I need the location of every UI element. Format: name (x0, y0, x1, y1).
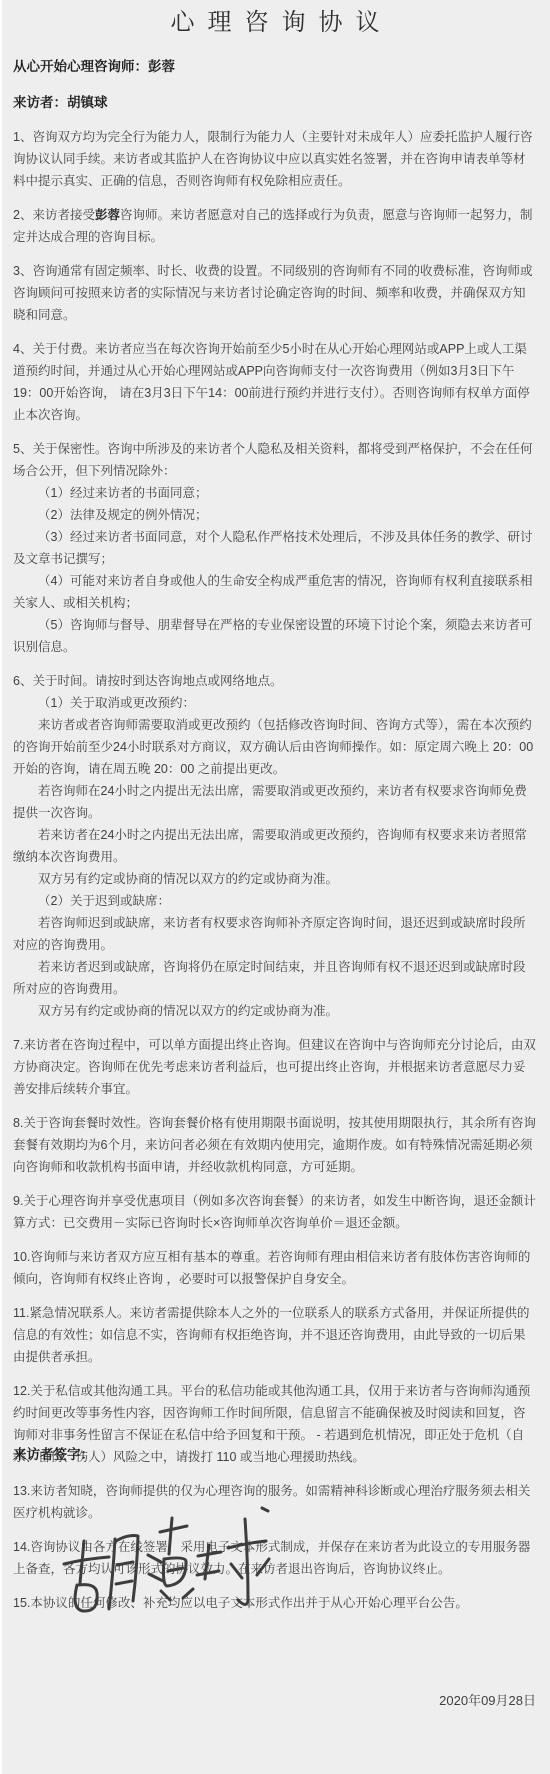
clause-text: 双方另有约定或协商的情况以双方的约定或协商为准。 (38, 872, 338, 886)
clause-text: 2、来访者接受 (13, 208, 95, 222)
clause-paragraph: 1、咨询双方均为完全行为能力人，限制行为能力人（主要针对未成年人）应委托监护人履… (13, 126, 537, 192)
clause-paragraph: 10.咨询师与来访者双方应互相有基本的尊重。若咨询师有理由相信来访者有肢体伤害咨… (13, 1246, 537, 1290)
clause-text: 若咨询师在24小时之内提出无法出席，需要取消或更改预约，来访者有权要求咨询师免费… (13, 784, 527, 820)
clause-text: （3）经过来访者书面同意，对个人隐私作严格技术处理后，不涉及具体任务的教学、研讨… (13, 530, 532, 566)
clause-paragraph: （2）法律及规定的例外情况； (13, 504, 537, 526)
clause-text: 5、关于保密性。咨询中所涉及的来访者个人隐私及相关资料，都将受到严格保护，不会在… (13, 442, 532, 478)
page-title: 心理咨询协议 (13, 0, 537, 38)
visitor-signature (52, 1497, 287, 1622)
clause-text: （4）可能对来访者自身或他人的生命安全构成严重危害的情况，咨询师有权利直接联系相… (13, 574, 532, 610)
clauses-list: 1、咨询双方均为完全行为能力人，限制行为能力人（主要针对未成年人）应委托监护人履… (13, 126, 537, 1614)
clause-text: 若咨询师迟到或缺席，来访者有权要求咨询师补齐原定咨询时间，退还迟到或缺席时段所对… (13, 916, 526, 952)
counselor-line: 从心开始心理咨询师：彭蓉 (13, 56, 537, 78)
clause-paragraph: 3、咨询通常有固定频率、时长、收费的设置。不同级别的咨询师有不同的收费标准，咨询… (13, 260, 537, 326)
clause-bold-text: 彭蓉 (95, 208, 120, 222)
clause-text: 双方另有约定或协商的情况以双方的约定或协商为准。 (38, 1004, 338, 1018)
clause-paragraph: （3）经过来访者书面同意，对个人隐私作严格技术处理后，不涉及具体任务的教学、研讨… (13, 526, 537, 570)
clause-text: 8.关于咨询套餐时效性。咨询套餐价格有使用期限书面说明，按其使用期限执行，其余所… (13, 1116, 536, 1174)
clause-paragraph: 6、关于时间。请按时到达咨询地点或网络地点。 (13, 670, 537, 692)
clause-paragraph: 若咨询师在24小时之内提出无法出席，需要取消或更改预约，来访者有权要求咨询师免费… (13, 780, 537, 824)
clause-text: （1）关于取消或更改预约： (38, 696, 195, 710)
clause-paragraph: （1）经过来访者的书面同意； (13, 482, 537, 504)
clause-text: 7.来访者在咨询过程中，可以单方面提出终止咨询。但建议在咨询中与咨询师充分讨论后… (13, 1038, 536, 1096)
agreement-date: 2020年09月28日 (439, 1690, 536, 1712)
clause-paragraph: 若来访者在24小时之内提出无法出席，需要取消或更改预约，咨询师有权要求来访者照常… (13, 824, 537, 868)
clause-paragraph: 来访者或者咨询师需要取消或更改预约（包括修改咨询时间、咨询方式等），需在本次预约… (13, 714, 537, 780)
clause-text: 1、咨询双方均为完全行为能力人，限制行为能力人（主要针对未成年人）应委托监护人履… (13, 130, 532, 188)
clause-text: 4、关于付费。来访者应当在每次咨询开始前至少5小时在从心开始心理网站或APP上或… (13, 342, 530, 422)
visitor-label: 来访者： (13, 95, 67, 110)
signature-label: 来访者签字： (13, 1444, 94, 1466)
clause-paragraph: （5）咨询师与督导、朋辈督导在严格的专业保密设置的环境下讨论个案，须隐去来访者可… (13, 614, 537, 658)
clause-text: （1）经过来访者的书面同意； (38, 486, 207, 500)
signature-ink-drawing (52, 1497, 287, 1622)
clause-paragraph: （4）可能对来访者自身或他人的生命安全构成严重危害的情况，咨询师有权利直接联系相… (13, 570, 537, 614)
clause-text: 10.咨询师与来访者双方应互相有基本的尊重。若咨询师有理由相信来访者有肢体伤害咨… (13, 1250, 530, 1286)
clause-paragraph: 7.来访者在咨询过程中，可以单方面提出终止咨询。但建议在咨询中与咨询师充分讨论后… (13, 1034, 537, 1100)
clause-text: （2）法律及规定的例外情况； (38, 508, 207, 522)
clause-paragraph: 8.关于咨询套餐时效性。咨询套餐价格有使用期限书面说明，按其使用期限执行，其余所… (13, 1112, 537, 1178)
clause-paragraph: 双方另有约定或协商的情况以双方的约定或协商为准。 (13, 1000, 537, 1022)
clause-paragraph: 9.关于心理咨询并享受优惠项目（例如多次咨询套餐）的来访者，如发生中断咨询，退还… (13, 1190, 537, 1234)
clause-paragraph: 若咨询师迟到或缺席，来访者有权要求咨询师补齐原定咨询时间，退还迟到或缺席时段所对… (13, 912, 537, 956)
clause-paragraph: 双方另有约定或协商的情况以双方的约定或协商为准。 (13, 868, 537, 890)
clause-paragraph: 11.紧急情况联系人。来访者需提供除本人之外的一位联系人的联系方式备用，并保证所… (13, 1302, 537, 1368)
clause-paragraph: （1）关于取消或更改预约： (13, 692, 537, 714)
counselor-name: 彭蓉 (148, 59, 175, 74)
agreement-document: 心理咨询协议 从心开始心理咨询师：彭蓉 来访者：胡镇球 1、咨询双方均为完全行为… (0, 0, 550, 1774)
clause-text: （5）咨询师与督导、朋辈督导在严格的专业保密设置的环境下讨论个案，须隐去来访者可… (13, 618, 532, 654)
clause-text: （2）关于迟到或缺席： (38, 894, 170, 908)
clause-paragraph: 若来访者迟到或缺席，咨询将仍在原定时间结束，并且咨询师有权不退还迟到或缺席时段所… (13, 956, 537, 1000)
visitor-line: 来访者：胡镇球 (13, 92, 537, 114)
clause-text: 来访者或者咨询师需要取消或更改预约（包括修改咨询时间、咨询方式等），需在本次预约… (13, 718, 533, 776)
clause-paragraph: 2、来访者接受彭蓉咨询师。来访者愿意对自己的选择或行为负责，愿意与咨询师一起努力… (13, 204, 537, 248)
clause-text: 11.紧急情况联系人。来访者需提供除本人之外的一位联系人的联系方式备用，并保证所… (13, 1306, 529, 1364)
clause-paragraph: 4、关于付费。来访者应当在每次咨询开始前至少5小时在从心开始心理网站或APP上或… (13, 338, 537, 426)
clause-text: 若来访者迟到或缺席，咨询将仍在原定时间结束，并且咨询师有权不退还迟到或缺席时段所… (13, 960, 526, 996)
counselor-label: 从心开始心理咨询师： (13, 59, 148, 74)
clause-paragraph: 5、关于保密性。咨询中所涉及的来访者个人隐私及相关资料，都将受到严格保护，不会在… (13, 438, 537, 482)
clause-text: 9.关于心理咨询并享受优惠项目（例如多次咨询套餐）的来访者，如发生中断咨询，退还… (13, 1194, 536, 1230)
clause-text: 3、咨询通常有固定频率、时长、收费的设置。不同级别的咨询师有不同的收费标准，咨询… (13, 264, 532, 322)
clause-text: 6、关于时间。请按时到达咨询地点或网络地点。 (13, 674, 282, 688)
visitor-name: 胡镇球 (67, 95, 108, 110)
clause-text: 若来访者在24小时之内提出无法出席，需要取消或更改预约，咨询师有权要求来访者照常… (13, 828, 527, 864)
clause-paragraph: （2）关于迟到或缺席： (13, 890, 537, 912)
